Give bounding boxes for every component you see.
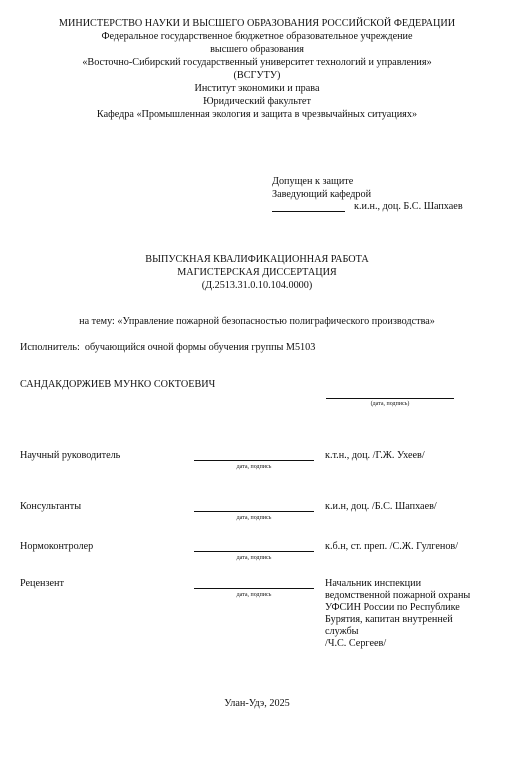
author-label: Исполнитель: обучающийся очной формы обу… xyxy=(20,342,315,354)
work-type: ВЫПУСКНАЯ КВАЛИФИКАЦИОННАЯ РАБОТА xyxy=(0,254,514,266)
university-abbreviation: (ВСГУТУ) xyxy=(0,70,514,82)
signature-person: к.т.н., доц. /Г.Ж. Ухеев/ xyxy=(325,450,425,462)
signature-person-line: службы xyxy=(325,626,359,638)
signature-role: Научный руководитель xyxy=(20,450,120,462)
signature-person: к.б.н, ст. преп. /С.Ж. Гулгенов/ xyxy=(325,541,458,553)
author-signature-caption: (дата, подпись) xyxy=(326,401,454,407)
work-code: (Д.2513.31.0.10.104.0000) xyxy=(0,280,514,292)
signature-role: Рецензент xyxy=(20,578,64,590)
signature-person-line: УФСИН России по Республике xyxy=(325,602,460,614)
signature-caption: дата, подпись xyxy=(194,515,314,521)
signature-role: Нормоконтролер xyxy=(20,541,93,553)
signature-caption: дата, подпись xyxy=(194,555,314,561)
university-name: «Восточно-Сибирский государственный унив… xyxy=(0,57,514,69)
signature-line xyxy=(194,460,314,461)
approval-signatory: к.и.н., доц. Б.С. Шапхаев xyxy=(354,201,463,213)
signature-line xyxy=(194,551,314,552)
department-name: Кафедра «Промышленная экология и защита … xyxy=(0,109,514,121)
ministry-title: МИНИСТЕРСТВО НАУКИ И ВЫСШЕГО ОБРАЗОВАНИЯ… xyxy=(0,18,514,30)
signature-line xyxy=(194,588,314,589)
work-subtype: МАГИСТЕРСКАЯ ДИССЕРТАЦИЯ xyxy=(0,267,514,279)
work-topic: на тему: «Управление пожарной безопаснос… xyxy=(0,316,514,328)
signature-line xyxy=(194,511,314,512)
approval-signature-line xyxy=(272,211,345,212)
signature-person-line: ведомственной пожарной охраны xyxy=(325,590,470,602)
approval-line-1: Допущен к защите xyxy=(272,176,353,188)
signature-caption: дата, подпись xyxy=(194,592,314,598)
institution-type-2: высшего образования xyxy=(0,44,514,56)
author-name: САНДАКДОРЖИЕВ МУНКО СОКТОЕВИЧ xyxy=(20,379,215,391)
signature-person: к.и.н, доц. /Б.С. Шапхаев/ xyxy=(325,501,437,513)
faculty-name: Юридический факультет xyxy=(0,96,514,108)
city-year: Улан-Удэ, 2025 xyxy=(0,698,514,710)
author-signature-line xyxy=(326,398,454,399)
signature-person-line: Начальник инспекции xyxy=(325,578,421,590)
institute-name: Институт экономики и права xyxy=(0,83,514,95)
signature-person-line: /Ч.С. Сергеев/ xyxy=(325,638,386,650)
signature-role: Консультанты xyxy=(20,501,81,513)
signature-person-line: Бурятия, капитан внутренней xyxy=(325,614,453,626)
signature-caption: дата, подпись xyxy=(194,464,314,470)
institution-type: Федеральное государственное бюджетное об… xyxy=(0,31,514,43)
approval-line-2: Заведующий кафедрой xyxy=(272,189,371,201)
